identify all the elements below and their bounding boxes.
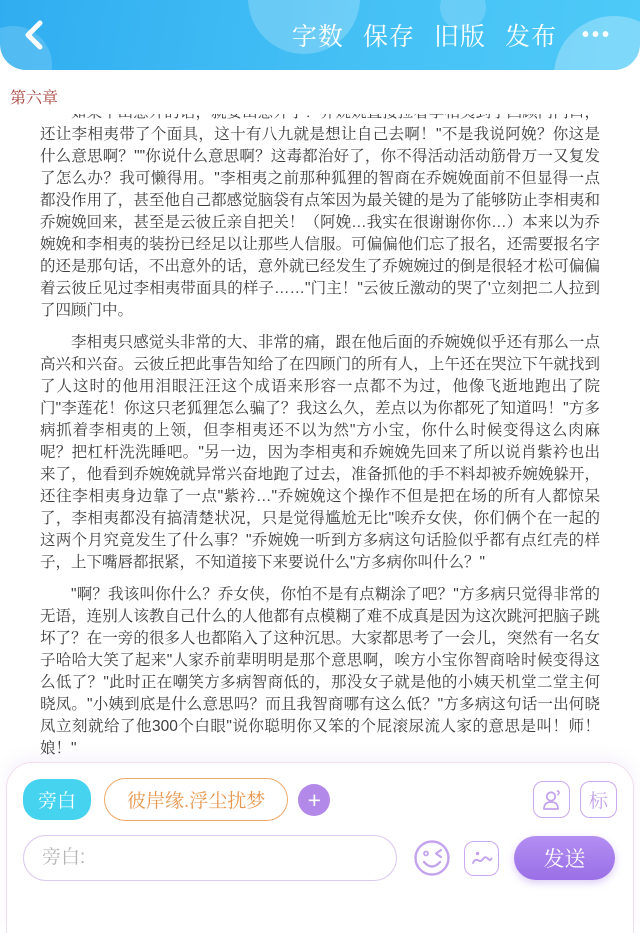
story-paragraph: 李相夷只感觉头非常的大、非常的痛，跟在他后面的乔婉娩似乎还有那么一点高兴和兴奋。… [40,332,600,574]
winking-smiley-icon [412,838,452,878]
chevron-left-icon [22,19,46,51]
composer-panel: 旁白 彼岸缘.浮尘扰梦 + 标 [6,762,634,933]
old-version-button[interactable]: 旧版 [434,17,486,53]
chapter-title: 第六章 [10,85,640,108]
image-icon [470,846,494,870]
back-button[interactable] [16,13,52,57]
character-list-button[interactable] [533,781,570,818]
publish-button[interactable]: 发布 [505,17,557,53]
word-count-button[interactable]: 字数 [292,17,344,53]
tag-button[interactable]: 标 [580,781,617,818]
story-paragraph: 如果不出意外的话，就要出意外了！乔婉婉直接拉着李相夷到了四顾门门口，还让李相夷带… [40,114,600,322]
person-icon [540,788,564,812]
author-name-button[interactable]: 彼岸缘.浮尘扰梦 [104,778,288,821]
add-role-button[interactable]: + [298,784,330,816]
image-attach-button[interactable] [464,841,499,876]
composer-input-row: 发送 [23,835,617,881]
editor-page: 字数 保存 旧版 发布 ••• 第六章 如果不出意外的话，就要出意外了！乔婉婉直… [0,0,640,933]
story-paragraph: "啊？我该叫你什么？乔女侠，你怕不是有点糊涂了吧？"方多病只觉得非常的无语，连别… [40,584,600,760]
send-button[interactable]: 发送 [514,836,615,880]
narration-role-button[interactable]: 旁白 [23,779,91,820]
story-text-content: 如果不出意外的话，就要出意外了！乔婉婉直接拉着李相夷到了四顾门门口，还让李相夷带… [40,114,600,814]
message-input[interactable] [23,835,397,881]
composer-toolbar: 旁白 彼岸缘.浮尘扰梦 + 标 [23,778,617,821]
header-menu: 字数 保存 旧版 发布 ••• [292,17,640,53]
more-options-button[interactable]: ••• [582,24,612,47]
save-button[interactable]: 保存 [363,17,415,53]
app-header: 字数 保存 旧版 发布 ••• [0,0,640,70]
emoji-button[interactable] [412,838,452,878]
tag-icon: 标 [589,786,608,813]
